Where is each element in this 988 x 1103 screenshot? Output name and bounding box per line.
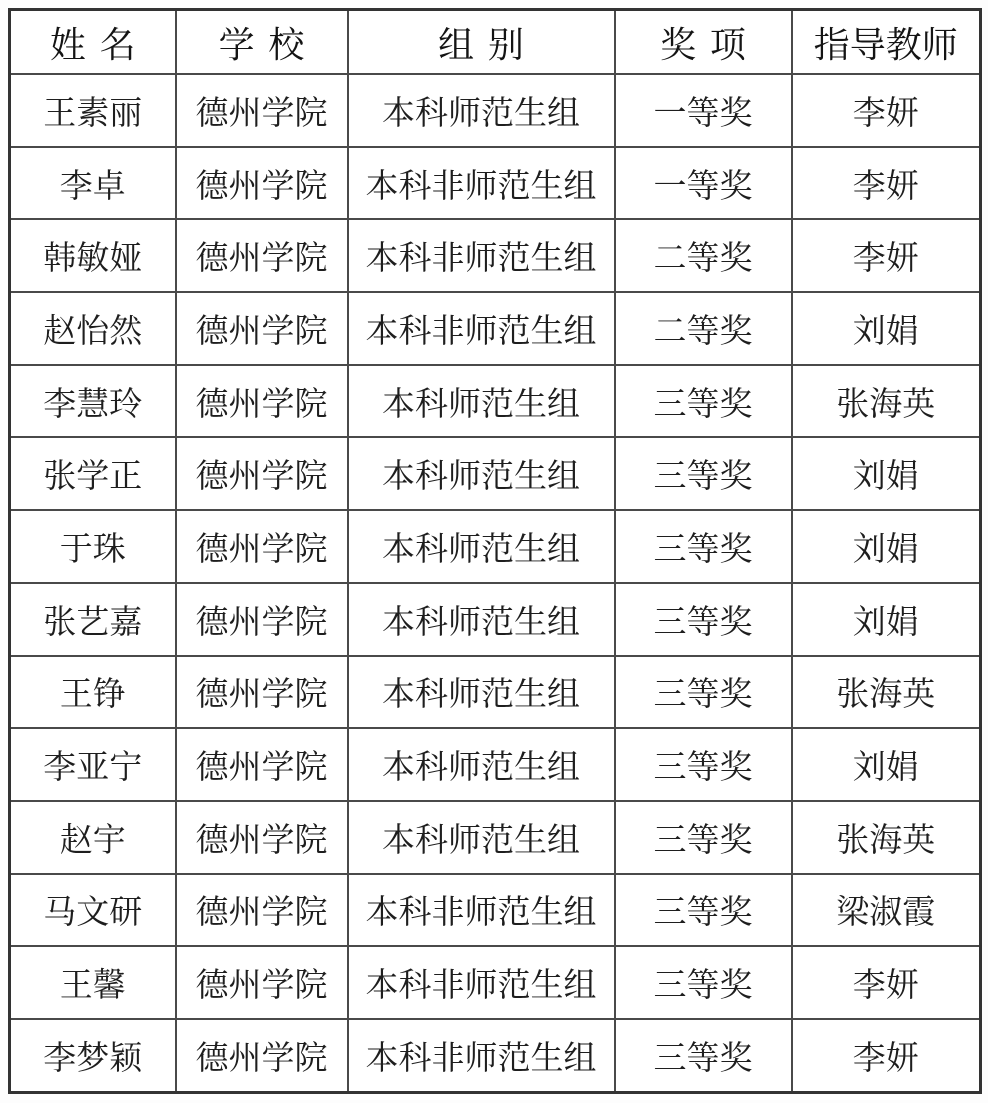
table-row: 韩敏娅德州学院本科非师范生组二等奖李妍 [10, 219, 981, 292]
cell-school: 德州学院 [176, 219, 348, 292]
cell-advisor: 李妍 [792, 1019, 981, 1093]
cell-name: 李亚宁 [10, 728, 176, 801]
awards-table: 姓名 学校 组别 奖项 指导教师 王素丽德州学院本科师范生组一等奖李妍李卓德州学… [8, 8, 982, 1094]
cell-group: 本科非师范生组 [348, 946, 615, 1019]
table-body: 王素丽德州学院本科师范生组一等奖李妍李卓德州学院本科非师范生组一等奖李妍韩敏娅德… [10, 74, 981, 1093]
cell-award: 三等奖 [615, 510, 792, 583]
cell-award: 三等奖 [615, 365, 792, 438]
cell-school: 德州学院 [176, 801, 348, 874]
cell-name: 李慧玲 [10, 365, 176, 438]
cell-group: 本科师范生组 [348, 728, 615, 801]
cell-name: 李卓 [10, 147, 176, 220]
table-row: 于珠德州学院本科师范生组三等奖刘娟 [10, 510, 981, 583]
col-header-group: 组别 [348, 10, 615, 75]
cell-name: 赵怡然 [10, 292, 176, 365]
cell-award: 三等奖 [615, 874, 792, 947]
cell-award: 三等奖 [615, 437, 792, 510]
cell-school: 德州学院 [176, 437, 348, 510]
table-row: 王素丽德州学院本科师范生组一等奖李妍 [10, 74, 981, 147]
cell-group: 本科师范生组 [348, 510, 615, 583]
cell-group: 本科师范生组 [348, 656, 615, 729]
cell-name: 王素丽 [10, 74, 176, 147]
cell-group: 本科非师范生组 [348, 292, 615, 365]
table-row: 马文研德州学院本科非师范生组三等奖梁淑霞 [10, 874, 981, 947]
cell-advisor: 李妍 [792, 946, 981, 1019]
cell-school: 德州学院 [176, 656, 348, 729]
cell-school: 德州学院 [176, 1019, 348, 1093]
cell-school: 德州学院 [176, 147, 348, 220]
cell-school: 德州学院 [176, 365, 348, 438]
cell-group: 本科非师范生组 [348, 147, 615, 220]
cell-advisor: 刘娟 [792, 510, 981, 583]
cell-group: 本科师范生组 [348, 74, 615, 147]
cell-advisor: 李妍 [792, 74, 981, 147]
cell-group: 本科非师范生组 [348, 874, 615, 947]
header-row: 姓名 学校 组别 奖项 指导教师 [10, 10, 981, 75]
table-row: 李慧玲德州学院本科师范生组三等奖张海英 [10, 365, 981, 438]
cell-group: 本科非师范生组 [348, 1019, 615, 1093]
cell-group: 本科师范生组 [348, 365, 615, 438]
cell-advisor: 刘娟 [792, 292, 981, 365]
cell-award: 三等奖 [615, 946, 792, 1019]
cell-name: 于珠 [10, 510, 176, 583]
table-row: 王铮德州学院本科师范生组三等奖张海英 [10, 656, 981, 729]
cell-award: 二等奖 [615, 219, 792, 292]
cell-award: 一等奖 [615, 147, 792, 220]
cell-name: 马文研 [10, 874, 176, 947]
table-row: 赵宇德州学院本科师范生组三等奖张海英 [10, 801, 981, 874]
col-header-award: 奖项 [615, 10, 792, 75]
cell-school: 德州学院 [176, 510, 348, 583]
document-page: 姓名 学校 组别 奖项 指导教师 王素丽德州学院本科师范生组一等奖李妍李卓德州学… [0, 0, 988, 1103]
cell-school: 德州学院 [176, 292, 348, 365]
cell-name: 赵宇 [10, 801, 176, 874]
cell-advisor: 梁淑霞 [792, 874, 981, 947]
cell-advisor: 张海英 [792, 801, 981, 874]
cell-advisor: 张海英 [792, 365, 981, 438]
col-header-name: 姓名 [10, 10, 176, 75]
cell-group: 本科师范生组 [348, 801, 615, 874]
table-row: 王馨德州学院本科非师范生组三等奖李妍 [10, 946, 981, 1019]
cell-name: 张艺嘉 [10, 583, 176, 656]
cell-award: 三等奖 [615, 801, 792, 874]
cell-award: 三等奖 [615, 728, 792, 801]
cell-name: 李梦颖 [10, 1019, 176, 1093]
cell-school: 德州学院 [176, 874, 348, 947]
cell-advisor: 李妍 [792, 147, 981, 220]
cell-advisor: 刘娟 [792, 728, 981, 801]
cell-award: 三等奖 [615, 583, 792, 656]
table-row: 赵怡然德州学院本科非师范生组二等奖刘娟 [10, 292, 981, 365]
cell-name: 王馨 [10, 946, 176, 1019]
cell-group: 本科师范生组 [348, 583, 615, 656]
cell-group: 本科非师范生组 [348, 219, 615, 292]
cell-school: 德州学院 [176, 74, 348, 147]
cell-award: 三等奖 [615, 1019, 792, 1093]
table-row: 李卓德州学院本科非师范生组一等奖李妍 [10, 147, 981, 220]
cell-name: 王铮 [10, 656, 176, 729]
cell-group: 本科师范生组 [348, 437, 615, 510]
col-header-advisor: 指导教师 [792, 10, 981, 75]
cell-school: 德州学院 [176, 728, 348, 801]
cell-advisor: 刘娟 [792, 437, 981, 510]
col-header-school: 学校 [176, 10, 348, 75]
cell-award: 三等奖 [615, 656, 792, 729]
cell-advisor: 刘娟 [792, 583, 981, 656]
cell-advisor: 李妍 [792, 219, 981, 292]
table-row: 李亚宁德州学院本科师范生组三等奖刘娟 [10, 728, 981, 801]
cell-advisor: 张海英 [792, 656, 981, 729]
cell-school: 德州学院 [176, 946, 348, 1019]
cell-name: 韩敏娅 [10, 219, 176, 292]
cell-name: 张学正 [10, 437, 176, 510]
cell-award: 二等奖 [615, 292, 792, 365]
table-row: 张学正德州学院本科师范生组三等奖刘娟 [10, 437, 981, 510]
cell-award: 一等奖 [615, 74, 792, 147]
table-row: 李梦颖德州学院本科非师范生组三等奖李妍 [10, 1019, 981, 1093]
cell-school: 德州学院 [176, 583, 348, 656]
table-row: 张艺嘉德州学院本科师范生组三等奖刘娟 [10, 583, 981, 656]
